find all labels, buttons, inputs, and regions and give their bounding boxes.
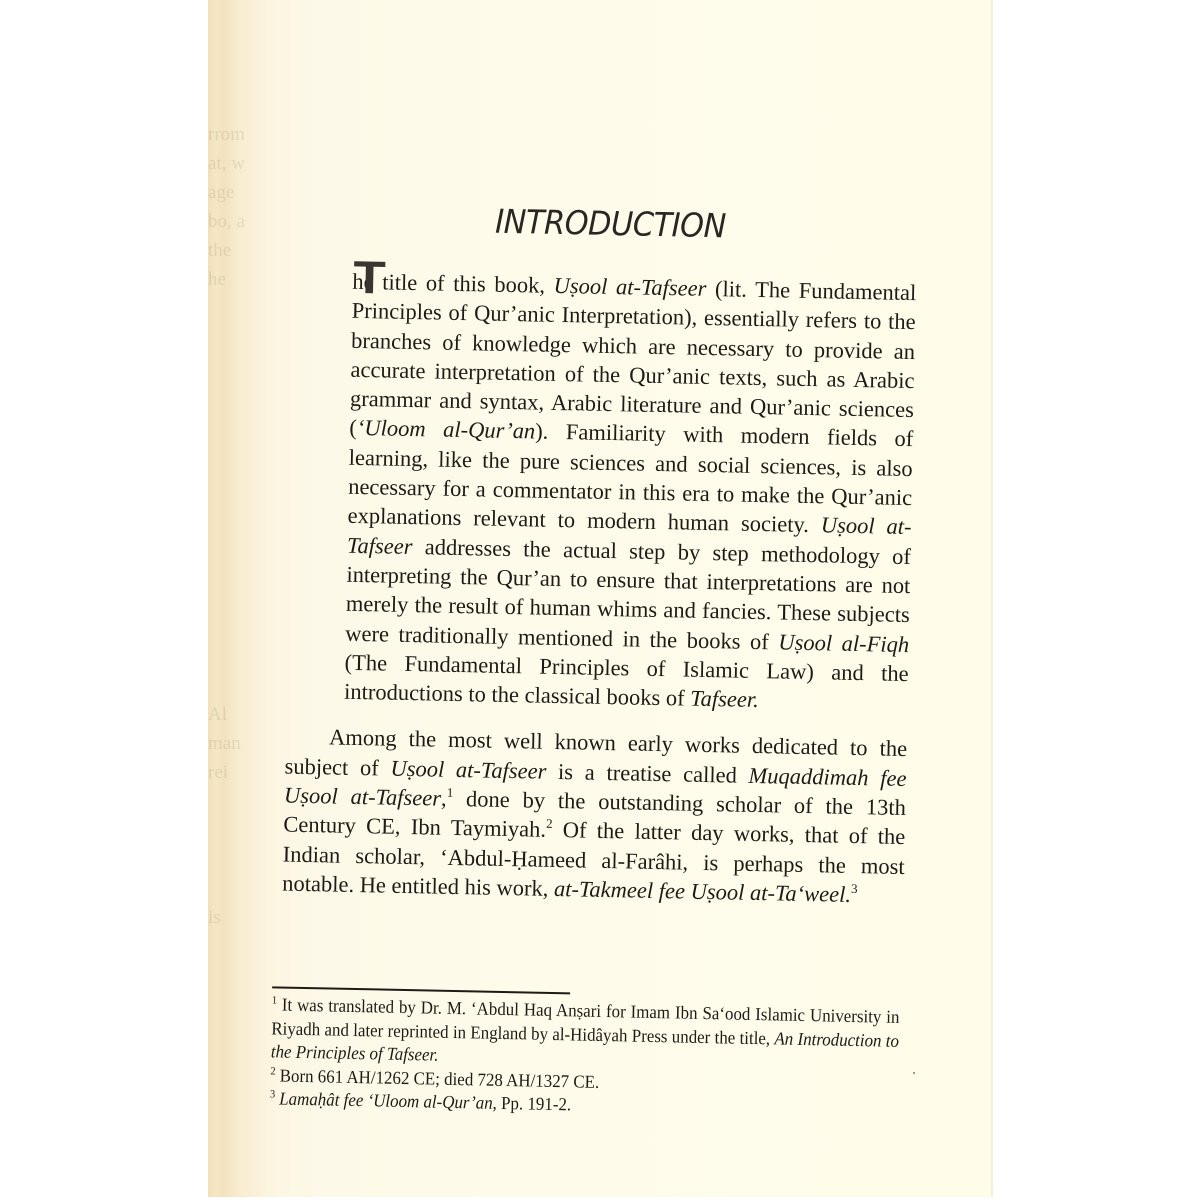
footnote-text: , Pp. 191-2. xyxy=(492,1093,571,1115)
paragraph-1: T he title of this book, Uṣool at-Tafsee… xyxy=(286,266,917,718)
scan-speck xyxy=(913,1072,915,1074)
bleed-through-text: rrom at, w age bo, a the he Al man rei i… xyxy=(208,120,268,980)
footnote-divider xyxy=(272,986,570,994)
book-page: rrom at, w age bo, a the he Al man rei i… xyxy=(208,0,993,1197)
chapter-heading: INTRODUCTION xyxy=(320,198,900,249)
book-title-italic: at-Takmeel fee Uṣool at-Ta‘weel. xyxy=(554,876,852,907)
page-content: INTRODUCTION T he title of this book, Uṣ… xyxy=(276,0,930,1197)
footnote-1: 1 It was translated by Dr. M. ‘Abdul Haq… xyxy=(271,993,900,1076)
footnote-ref-3[interactable]: 3 xyxy=(851,881,858,896)
term-italic: Tafseer. xyxy=(690,686,759,712)
text-segment: (The Fundamental Principles of Islamic L… xyxy=(344,650,909,711)
text-segment: is a treatise called xyxy=(546,759,749,788)
book-title-italic: Uṣool at-Tafseer xyxy=(390,755,546,783)
footnotes: 1 It was translated by Dr. M. ‘Abdul Haq… xyxy=(270,993,856,1122)
drop-cap: T xyxy=(353,254,386,301)
footnote-title-italic: Lamaḥât fee ‘Uloom al-Qur’an xyxy=(275,1088,493,1112)
term-italic: ‘Uloom al-Qur’an xyxy=(357,415,536,444)
term-italic: Uṣool al-Fiqh xyxy=(778,629,909,657)
paragraph-2: Among the most well known early works de… xyxy=(282,722,907,910)
book-title-italic: Uṣool at-Tafseer xyxy=(553,273,706,301)
body-text: T he title of this book, Uṣool at-Tafsee… xyxy=(282,266,917,911)
